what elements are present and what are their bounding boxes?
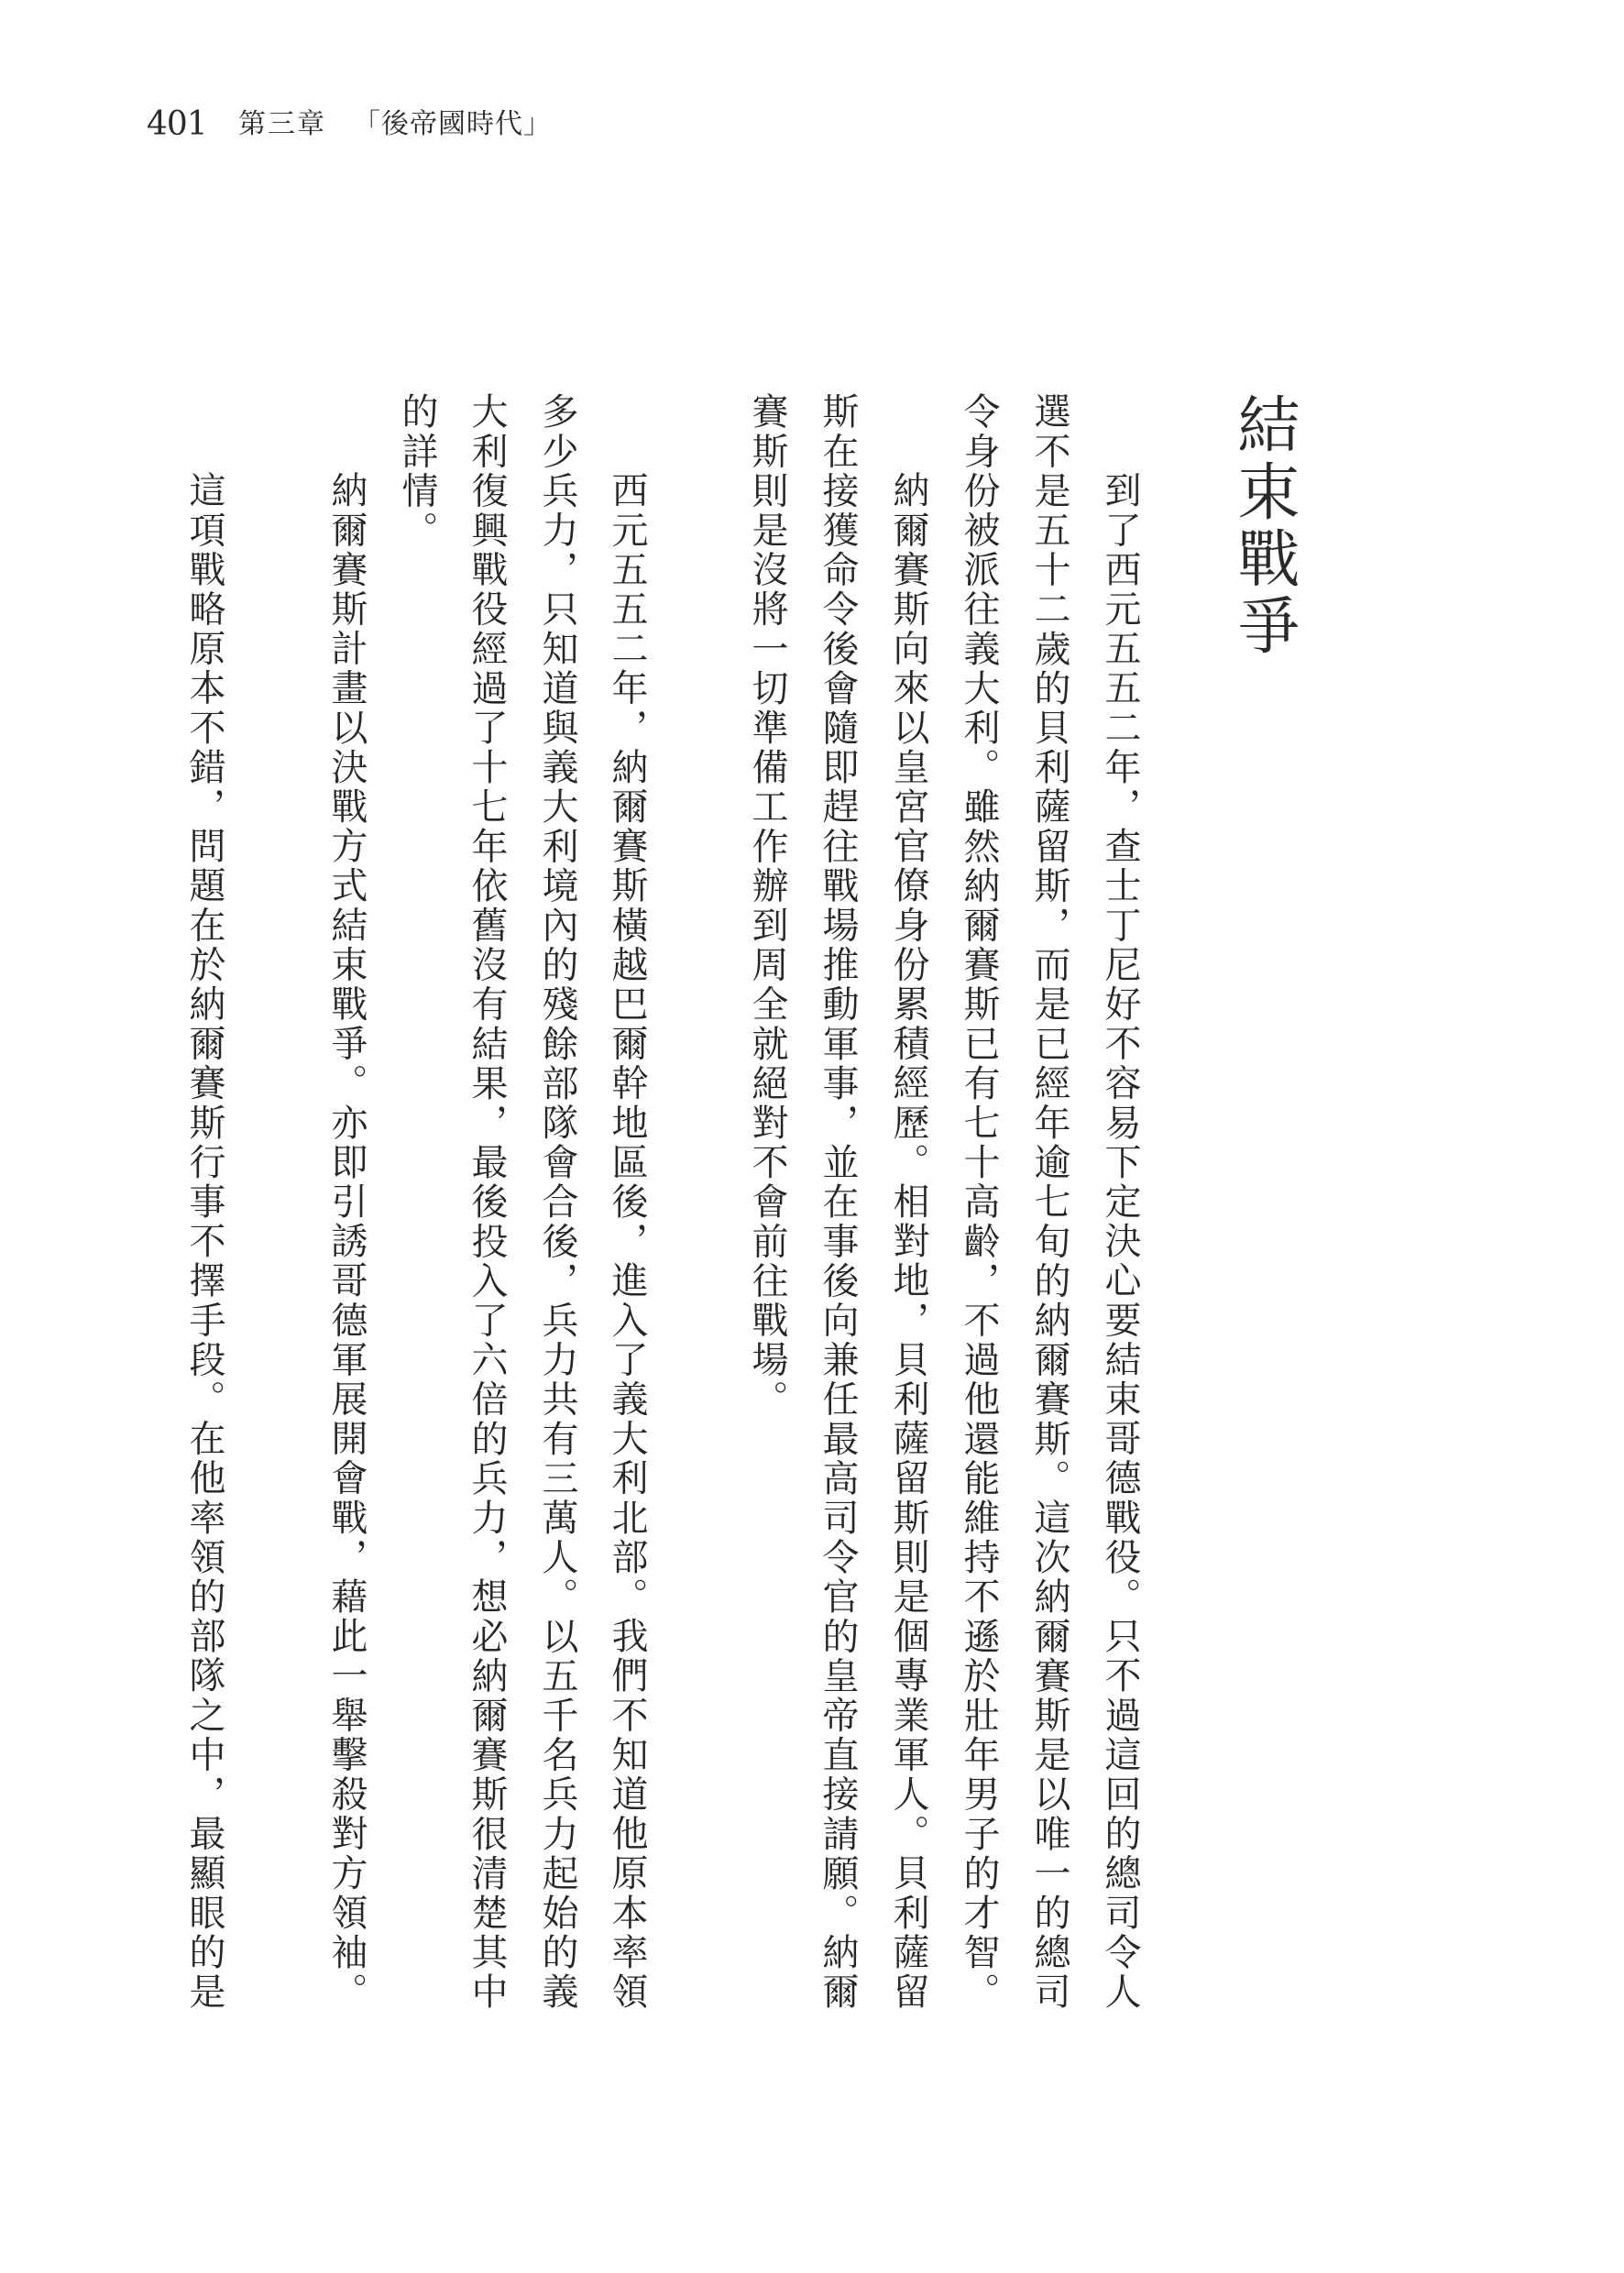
text-column: 納爾賽斯計畫以決戰方式結束戰爭。亦即引誘哥德軍展開會戰，藉此一舉擊殺對方領袖。 [326, 471, 367, 2012]
text-column: 賽斯則是沒將一切準備工作辦到周全就絕對不會前往戰場。 [747, 392, 787, 1420]
text-column: 多少兵力，只知道與義大利境內的殘餘部隊會合後，兵力共有三萬人。以五千名兵力起始的… [537, 392, 577, 2012]
text-column: 選不是五十二歲的貝利薩留斯，而是已經年逾七旬的納爾賽斯。這次納爾賽斯是以唯一的總… [1029, 392, 1070, 2012]
text-column: 斯在接獲命令後會隨即趕往戰場推動軍事，並在事後向兼任最高司令官的皇帝直接請願。納… [817, 392, 858, 2012]
text-column: 令身份被派往義大利。雖然納爾賽斯已有七十高齡，不過他還能維持不遜於壯年男子的才智… [959, 392, 999, 2012]
text-column: 納爾賽斯向來以皇宮官僚身份累積經歷。相對地，貝利薩留斯則是個專業軍人。貝利薩留 [888, 471, 928, 2012]
text-column: 大利復興戰役經過了十七年依舊沒有結果，最後投入了六倍的兵力，想必納爾賽斯很清楚其… [466, 392, 507, 2012]
section-label: 「後帝國時代」 [353, 106, 552, 143]
section-title: 結束戰爭 [1228, 392, 1298, 660]
text-column: 西元五五二年，納爾賽斯橫越巴爾幹地區後，進入了義大利北部。我們不知道他原本率領 [607, 471, 647, 2012]
page-number: 401 [147, 106, 238, 143]
text-column: 這項戰略原本不錯，問題在於納爾賽斯行事不擇手段。在他率領的部隊之中，最顯眼的是 [184, 471, 225, 2012]
chapter-label: 第三章 [238, 106, 353, 143]
text-column: 到了西元五五二年，查士丁尼好不容易下定決心要結束哥德戰役。只不過這回的總司令人 [1100, 471, 1140, 2012]
running-header: 401 第三章 「後帝國時代」 [147, 103, 552, 143]
text-column: 的詳情。 [397, 392, 437, 550]
